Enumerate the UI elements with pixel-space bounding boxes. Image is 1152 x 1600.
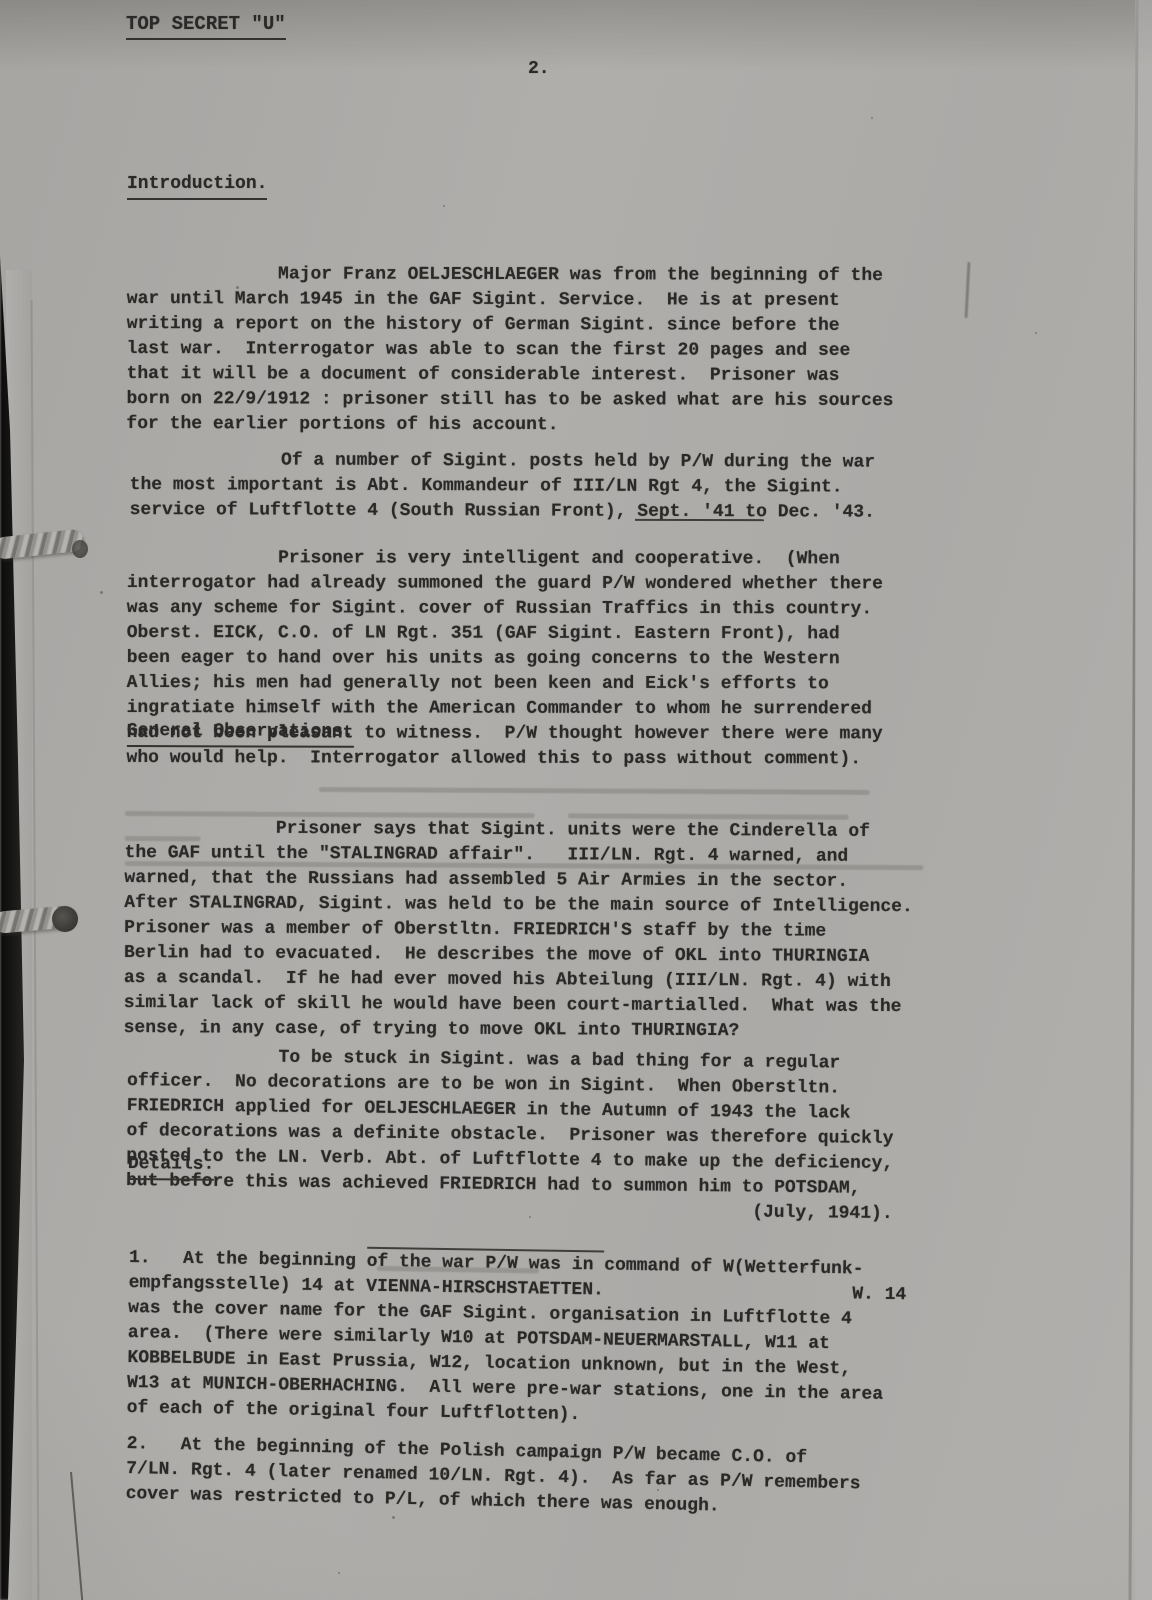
classification-stamp: TOP SECRET "U" <box>126 12 286 40</box>
pencil-underline <box>125 836 201 841</box>
section-heading-general-observations: General Observations. <box>127 719 354 748</box>
page-number: 2. <box>528 57 550 82</box>
pencil-underline <box>319 787 870 795</box>
paragraph-text: 2. At the beginning of the Polish campai… <box>125 1432 861 1522</box>
section-heading-introduction: Introduction. <box>127 172 267 200</box>
typed-underline-cooperative <box>635 519 765 521</box>
binding-hole-bottom <box>52 906 78 932</box>
right-margin-strip <box>1135 0 1152 1600</box>
details-item-2: 2. At the beginning of the Polish campai… <box>124 1382 862 1572</box>
binding-hole-top <box>72 540 88 558</box>
scanned-document-page: TOP SECRET "U" 2. Introduction. Major Fr… <box>0 0 1152 1600</box>
section-heading-details: Details. <box>128 1152 215 1181</box>
